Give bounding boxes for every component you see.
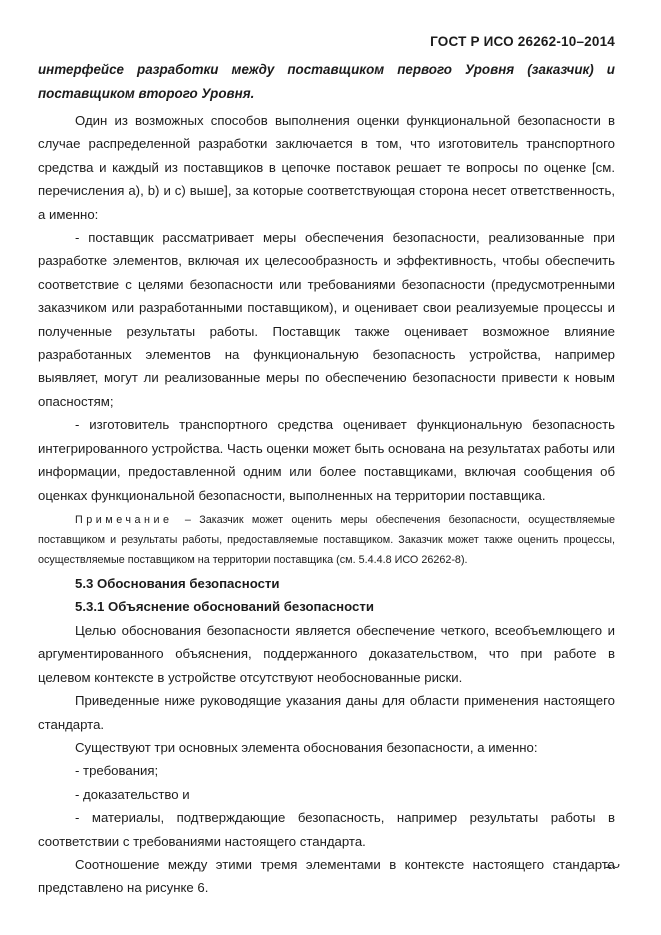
list-item-evidence: - доказательство и [38,783,615,806]
paragraph-assessment-methods: Один из возможных способов выполнения оц… [38,109,615,226]
document-page: ГОСТ Р ИСО 26262-10–2014 интерфейсе разр… [0,0,661,935]
list-item-materials: - материалы, подтверждающие безопасность… [38,806,615,853]
section-heading-5-3: 5.3 Обоснования безопасности [38,573,615,595]
note-label: Примечание [75,514,173,526]
list-item-manufacturer-assessment: - изготовитель транспортного средства оц… [38,413,615,507]
page-number: 15 [605,864,621,873]
list-item-supplier-assessment: - поставщик рассматривает меры обеспечен… [38,226,615,413]
note-paragraph: Примечание – Заказчик может оценить меры… [38,510,615,570]
list-item-requirements: - требования; [38,759,615,782]
intro-continuation-paragraph: интерфейсе разработки между поставщиком … [38,58,615,106]
paragraph-relation-figure-6: Соотношение между этими тремя элементами… [38,853,615,900]
paragraph-three-elements: Существуют три основных элемента обоснов… [38,736,615,759]
document-code-header: ГОСТ Р ИСО 26262-10–2014 [38,34,615,49]
paragraph-safety-case-goal: Целью обоснования безопасности является … [38,619,615,689]
paragraph-guidance-scope: Приведенные ниже руководящие указания да… [38,689,615,736]
section-heading-5-3-1: 5.3.1 Объяснение обоснований безопасност… [38,596,615,618]
